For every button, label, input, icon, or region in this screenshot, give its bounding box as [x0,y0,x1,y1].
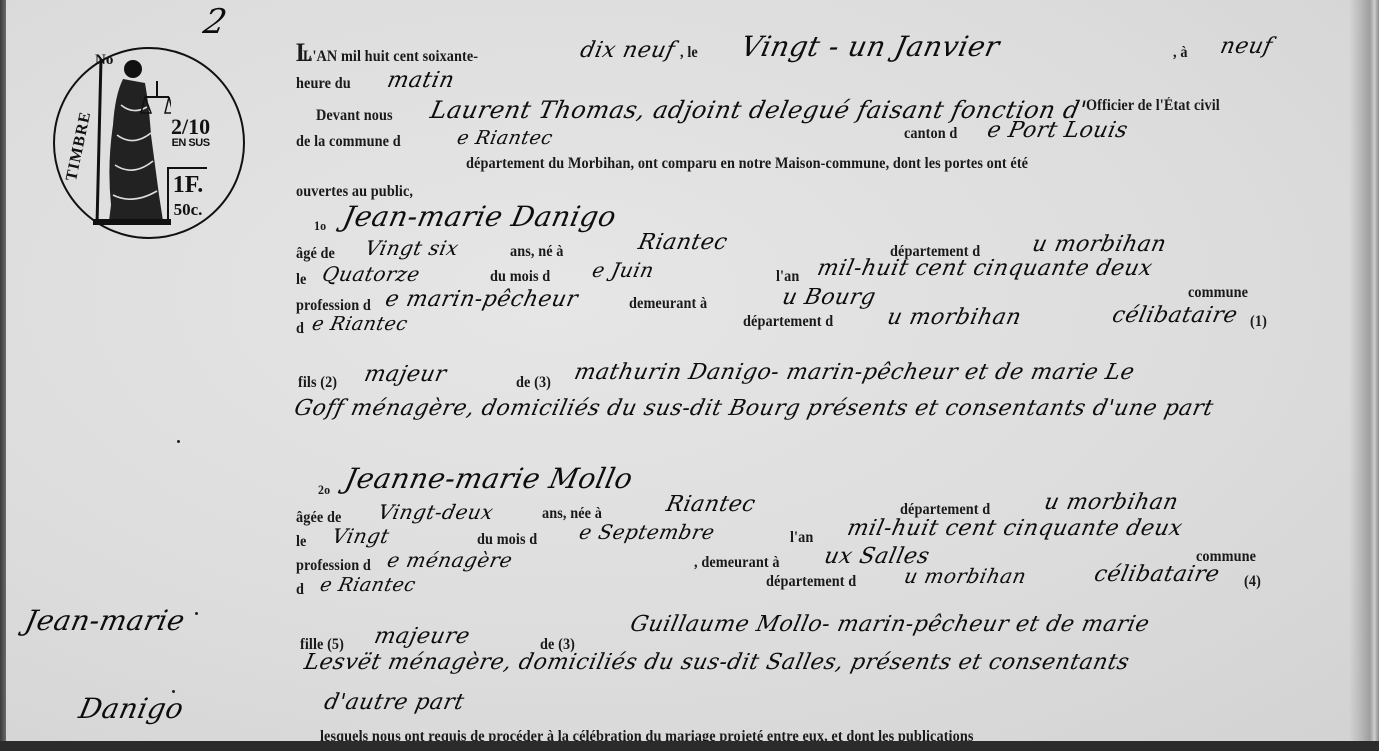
groom-profession: e marin-pêcheur [383,287,580,312]
groom-parents-line1: mathurin Danigo- marin-pêcheur et de mar… [572,360,1137,385]
marriage-hour-handwritten: neuf [1218,34,1275,59]
groom-of-label: de (3) [516,374,551,392]
time-of-day-handwritten: matin [385,68,457,93]
groom-residence: u Bourg [780,285,878,310]
canton-handwritten: e Port Louis [985,118,1130,143]
bride-day-label: le [296,533,306,551]
stamp-surtax-fraction: 2/10 [171,116,210,138]
groom-parents-line2: Goff ménagère, domiciliés du sus-dit Bou… [292,396,1216,421]
header-line1-printed-a: LL'AN mil huit cent soixante- [296,38,478,68]
scanned-register-page: 2 No TIMBRE 2/10 EN SUS 1F. 50c. LL'AN m… [0,0,1379,741]
ink-speck [195,612,198,615]
groom-residence-label: demeurant à [629,295,707,313]
margin-note-surname: Danigo [76,692,187,725]
bride-age: Vingt-deux [376,500,496,524]
header-ouvertes-line: ouvertes au public, [296,183,413,201]
groom-filiation-label: fils (2) [298,374,337,392]
header-heure-du: heure du [296,75,351,93]
stamp-price-francs: 1F. [169,173,207,197]
ink-speck [172,690,175,693]
groom-birth-dept: u morbihan [1030,232,1169,257]
page-left-edge [0,0,6,741]
page-binding-edge [1349,0,1379,741]
groom-commune-label: commune [1188,284,1248,302]
bride-status-note: (4) [1244,573,1261,591]
footer-cut-line: lesquels nous ont requis de procéder à l… [320,728,973,741]
groom-age-label: âgé de [296,245,335,263]
bride-marital-status: célibataire [1092,562,1222,587]
ink-speck [177,440,180,443]
bride-commune: e Riantec [318,574,418,596]
groom-res-dept-label: département d [743,313,833,331]
groom-birth-day: Quatorze [320,262,422,286]
groom-month-label: du mois d [490,268,550,286]
bride-profession: e ménagère [385,548,515,572]
bride-res-dept-label: département d [766,573,856,591]
groom-birth-month: e Juin [590,258,656,282]
bride-birth-month: e Septembre [577,520,717,544]
commune-handwritten: e Riantec [455,127,555,149]
header-officier-etat-civil: Officier de l'État civil [1086,97,1220,115]
bride-birth-day: Vingt [330,524,392,548]
bride-parents-line3: d'autre part [322,690,467,715]
header-devant-nous: Devant nous [316,107,393,125]
bride-index: 2o [318,482,330,498]
bride-profession-label: profession d [296,557,371,575]
bride-year-label: l'an [790,529,813,547]
groom-commune-prefix: d [296,320,304,338]
bride-commune-prefix: d [296,581,304,599]
bride-birth-dept: u morbihan [1042,490,1181,515]
bride-month-label: du mois d [477,531,537,549]
groom-day-label: le [296,271,306,289]
bride-residence-label: , demeurant à [694,554,780,572]
stamp-price: 1F. 50c. [167,167,207,223]
bride-res-dept: u morbihan [902,564,1029,588]
header-commune-label: de la commune d [296,133,401,151]
stamp-label: TIMBRE [63,110,95,183]
groom-status-note: (1) [1250,313,1267,331]
viewer-bottom-bar [0,741,1379,751]
groom-commune: e Riantec [310,313,410,335]
marriage-year-handwritten: dix neuf [578,38,677,63]
tax-stamp: TIMBRE 2/10 EN SUS 1F. 50c. [53,47,245,239]
marriage-date-handwritten: Vingt - un Janvier [738,30,1003,63]
bride-parents-line2: Lesvët ménagère, domiciliés du sus-dit S… [302,650,1132,675]
header-canton-label: canton d [904,125,957,143]
bride-parents-line1: Guillaume Mollo- marin-pêcheur et de mar… [628,612,1152,637]
groom-ans-label: ans, né à [510,243,564,261]
groom-index: 1o [314,218,326,234]
groom-age: Vingt six [363,236,461,260]
bride-birth-year: mil-huit cent cinquante deux [845,516,1185,541]
margin-note-first-name: Jean-marie [22,604,188,637]
justice-figure-icon [93,55,171,227]
groom-name: Jean-marie Danigo [340,200,619,233]
groom-res-dept: u morbihan [885,305,1024,330]
groom-birth-year: mil-huit cent cinquante deux [815,256,1155,281]
bride-name: Jeanne-marie Mollo [342,462,636,495]
header-year-prefix: L'AN mil huit cent soixante- [303,48,478,65]
bride-birthplace: Riantec [664,492,758,517]
header-departement-line: département du Morbihan, ont comparu en … [466,155,1028,173]
header-a: , à [1173,44,1188,62]
stamp-price-centimes: 50c. [169,201,207,218]
stamp-surtax: 2/10 EN SUS [171,116,210,149]
act-number: 2 [200,2,231,42]
bride-majority: majeure [372,624,472,649]
groom-birthplace: Riantec [636,230,730,255]
groom-year-label: l'an [776,268,799,286]
header-le: , le [680,44,698,62]
groom-marital-status: célibataire [1110,303,1240,328]
groom-majority: majeur [362,362,449,387]
stamp-surtax-text: EN SUS [171,138,210,149]
